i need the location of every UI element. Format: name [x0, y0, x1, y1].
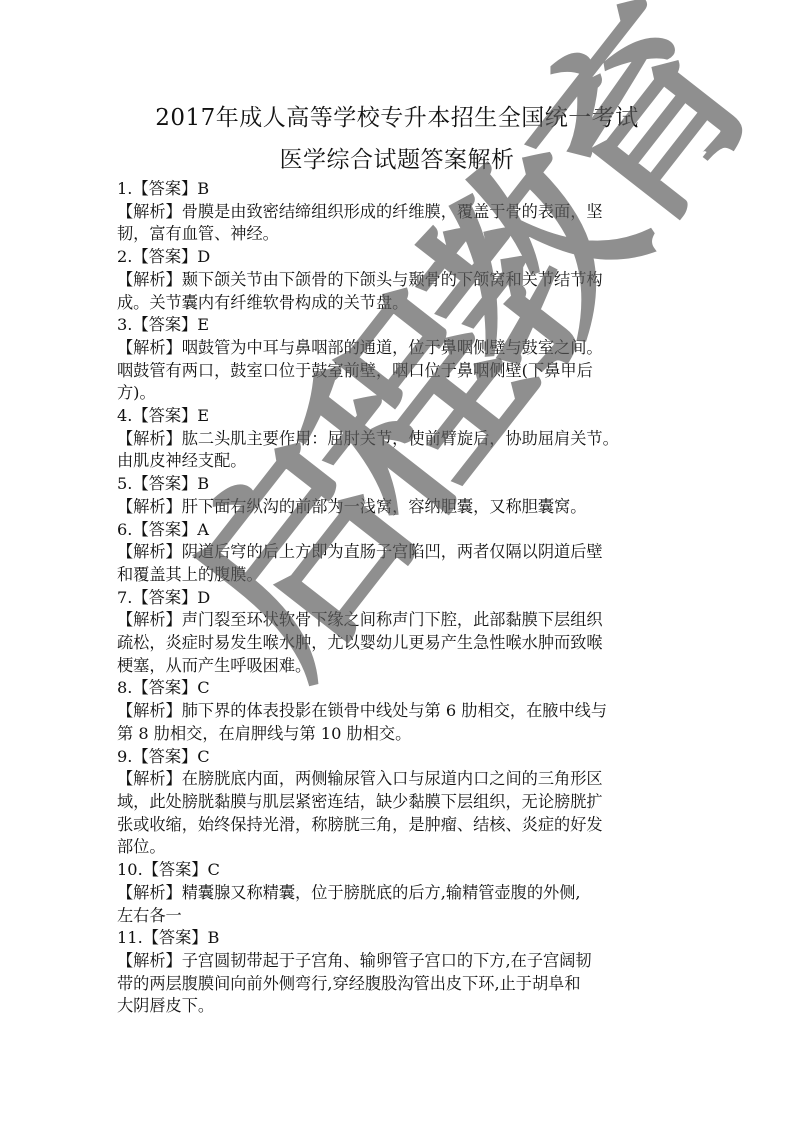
- explanation-line: 张或收缩，始终保持光滑，称膀胱三角，是肿瘤、结核、炎症的好发: [117, 814, 677, 837]
- explanation-line: 疏松，炎症时易发生喉水肿，尤以婴幼儿更易产生急性喉水肿而致喉: [117, 632, 677, 655]
- explanation-line: 部位。: [117, 836, 677, 859]
- explanation-line: 【解析】颞下颌关节由下颌骨的下颌头与颞骨的下颌窝和关节结节构: [117, 269, 677, 292]
- explanation-line: 【解析】子宫圆韧带起于子宫角、输卵管子宫口的下方,在子宫阔韧: [117, 950, 677, 973]
- explanation-line: 成。关节囊内有纤维软骨构成的关节盘。: [117, 292, 677, 315]
- document-title: 2017年成人高等学校专升本招生全国统一考试: [0, 103, 794, 133]
- explanation-line: 【解析】肝下面右纵沟的前部为一浅窝，容纳胆囊，又称胆囊窝。: [117, 496, 677, 519]
- answer-header-1: 1.【答案】B: [117, 178, 677, 201]
- explanation-line: 韧，富有血管、神经。: [117, 223, 677, 246]
- answer-header-9: 9.【答案】C: [117, 746, 677, 769]
- explanation-line: 第 8 肋相交，在肩胛线与第 10 肋相交。: [117, 723, 677, 746]
- explanation-line: 域，此处膀胱黏膜与肌层紧密连结，缺少黏膜下层组织，无论膀胱扩: [117, 791, 677, 814]
- document-page: 2017年成人高等学校专升本招生全国统一考试 医学综合试题答案解析 1.【答案】…: [0, 0, 794, 1123]
- explanation-line: 【解析】咽鼓管为中耳与鼻咽部的通道，位于鼻咽侧壁与鼓室之间。: [117, 337, 677, 360]
- explanation-line: 由肌皮神经支配。: [117, 450, 677, 473]
- explanation-line: 【解析】精囊腺又称精囊，位于膀胱底的后方,输精管壶腹的外侧,: [117, 882, 677, 905]
- answer-header-4: 4.【答案】E: [117, 405, 677, 428]
- explanation-line: 【解析】肺下界的体表投影在锁骨中线处与第 6 肋相交，在腋中线与: [117, 700, 677, 723]
- answer-header-2: 2.【答案】D: [117, 246, 677, 269]
- explanation-line: 【解析】骨膜是由致密结缔组织形成的纤维膜，覆盖于骨的表面，坚: [117, 201, 677, 224]
- explanation-line: 咽鼓管有两口，鼓室口位于鼓室前壁，咽口位于鼻咽侧壁(下鼻甲后: [117, 360, 677, 383]
- explanation-line: 【解析】声门裂至环状软骨下缘之间称声门下腔，此部黏膜下层组织: [117, 609, 677, 632]
- answer-header-3: 3.【答案】E: [117, 314, 677, 337]
- document-subtitle: 医学综合试题答案解析: [0, 145, 794, 175]
- answer-header-8: 8.【答案】C: [117, 677, 677, 700]
- explanation-line: 【解析】阴道后穹的后上方即为直肠子宫陷凹，两者仅隔以阴道后壁: [117, 541, 677, 564]
- explanation-line: 方)。: [117, 382, 677, 405]
- answer-header-6: 6.【答案】A: [117, 519, 677, 542]
- answer-header-10: 10.【答案】C: [117, 859, 677, 882]
- explanation-line: 和覆盖其上的腹膜。: [117, 564, 677, 587]
- explanation-line: 梗塞，从而产生呼吸困难。: [117, 655, 677, 678]
- explanation-line: 带的两层腹膜间向前外侧弯行,穿经腹股沟管出皮下环,止于胡阜和: [117, 973, 677, 996]
- explanation-line: 【解析】在膀胱底内面，两侧输尿管入口与尿道内口之间的三角形区: [117, 768, 677, 791]
- answer-header-11: 11.【答案】B: [117, 927, 677, 950]
- explanation-line: 【解析】肱二头肌主要作用：屈肘关节，使前臂旋后，协助屈肩关节。: [117, 428, 677, 451]
- explanation-line: 左右各一: [117, 905, 677, 928]
- explanation-line: 大阴唇皮下。: [117, 995, 677, 1018]
- answer-list: 1.【答案】B 【解析】骨膜是由致密结缔组织形成的纤维膜，覆盖于骨的表面，坚 韧…: [117, 178, 677, 1018]
- answer-header-7: 7.【答案】D: [117, 587, 677, 610]
- answer-header-5: 5.【答案】B: [117, 473, 677, 496]
